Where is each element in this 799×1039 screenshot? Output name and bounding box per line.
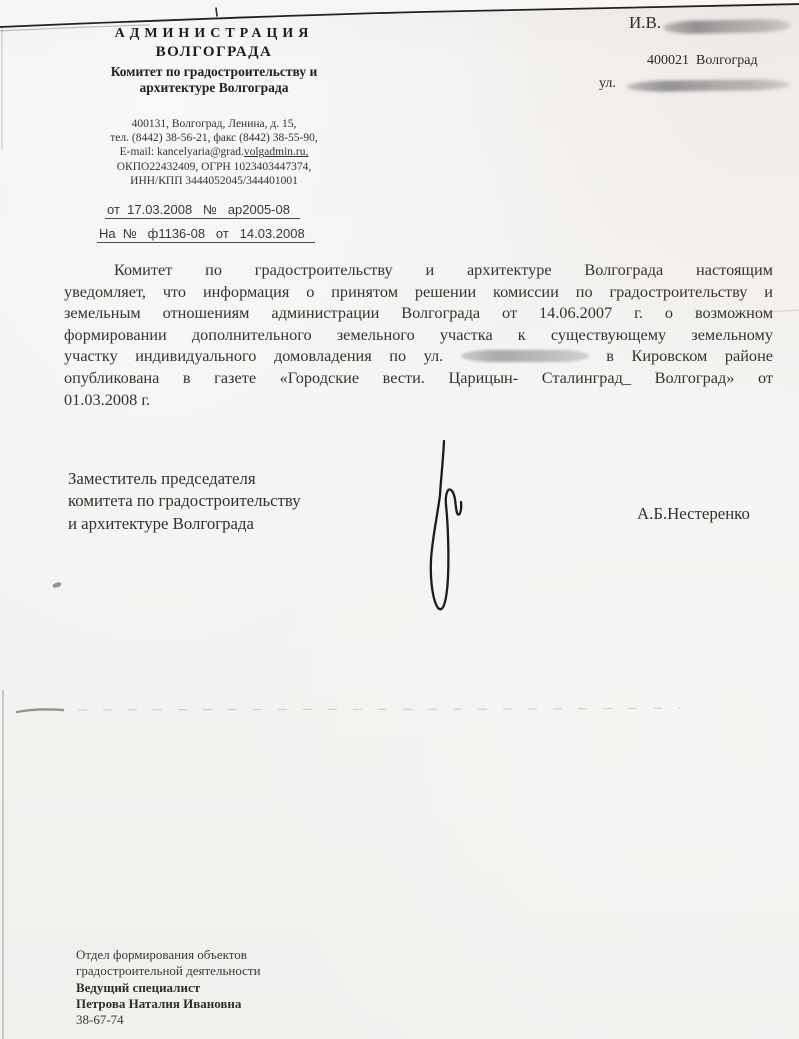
- outgoing-reference: от 17.03.2008 № ар2005-08: [105, 202, 300, 219]
- redaction-smudge-recipient-street: [627, 79, 790, 92]
- body-line-1: Комитет по градостроительству и архитект…: [64, 259, 773, 281]
- incoming-reference: На № ф1136-08 от 14.03.2008: [97, 226, 315, 243]
- body-line-6: опубликована в газете «Городские вести. …: [64, 367, 773, 389]
- executor-phone: 38-67-74: [76, 1012, 261, 1028]
- body-line-4: формировании дополнительного земельного …: [64, 324, 773, 346]
- body-line-5: участку индивидуального домовладения по …: [64, 345, 773, 367]
- contact-block: 400131, Волгоград, Ленина, д. 15, тел. (…: [55, 117, 373, 188]
- letter-body: Комитет по градостроительству и архитект…: [64, 259, 773, 410]
- department-name-line2: архитектуре Волгограда: [55, 80, 373, 96]
- letterhead: АДМИНИСТРАЦИЯ ВОЛГОГРАДА Комитет по град…: [55, 26, 373, 188]
- recipient-postal-city: 400021 Волгоград: [647, 53, 758, 69]
- redaction-smudge-street-in-body: [461, 350, 589, 362]
- organization-name-line1: АДМИНИСТРАЦИЯ: [55, 26, 373, 42]
- body-line-7: 01.03.2008 г.: [64, 389, 773, 411]
- executor-dept-line1: Отдел формирования объектов: [76, 947, 261, 963]
- handwritten-signature: [431, 441, 461, 609]
- recipient-street-label: ул.: [599, 76, 616, 92]
- phone-fax: тел. (8442) 38-56-21, факс (8442) 38-55-…: [55, 131, 373, 145]
- organization-name-line2: ВОЛГОГРАДА: [55, 44, 373, 61]
- okpo-ogrn: ОКПО22432409, ОГРН 1023403447374,: [55, 160, 373, 174]
- department-name-line1: Комитет по градостроительству и: [55, 64, 373, 80]
- signer-title-line2: комитета по градостроительству: [68, 490, 301, 512]
- top-edge-tick: [216, 8, 217, 16]
- executor-role: Ведущий специалист: [76, 980, 261, 996]
- fold-crease-dark-left: [17, 709, 63, 712]
- executor-dept-line2: градостроительной деятельности: [76, 963, 261, 979]
- inn-kpp: ИНН/КПП 3444052045/344401001: [55, 174, 373, 188]
- fold-crease-line: [78, 708, 680, 710]
- recipient-initials: И.В.: [629, 13, 661, 33]
- executor-block: Отдел формирования объектов градостроите…: [76, 947, 261, 1028]
- body-line-3: земельным отношениям администрации Волго…: [64, 302, 773, 324]
- email-line: E-mail: kancelyaria@grad.volgadmin.ru,: [55, 145, 373, 159]
- ink-speck: [52, 581, 62, 588]
- body-line-5-suffix: в Кировском районе: [606, 346, 773, 365]
- body-line-5-prefix: участку индивидуального домовладения по …: [64, 346, 443, 365]
- signer-name: А.Б.Нестеренко: [637, 504, 750, 524]
- email-domain: volgadmin.ru,: [244, 146, 309, 158]
- email-prefix: E-mail: kancelyaria@grad.: [120, 146, 244, 158]
- body-line-2: уведомляет, что информация о принятом ре…: [64, 281, 773, 303]
- postal-address: 400131, Волгоград, Ленина, д. 15,: [55, 117, 373, 131]
- scanned-letter-page: АДМИНИСТРАЦИЯ ВОЛГОГРАДА Комитет по град…: [0, 0, 799, 1039]
- signer-title: Заместитель председателя комитета по гра…: [68, 468, 301, 535]
- executor-name: Петрова Наталия Ивановна: [76, 996, 261, 1012]
- signer-title-line3: и архитектуре Волгограда: [68, 513, 301, 535]
- redaction-smudge-recipient-name: [663, 19, 791, 35]
- signer-title-line1: Заместитель председателя: [68, 468, 301, 490]
